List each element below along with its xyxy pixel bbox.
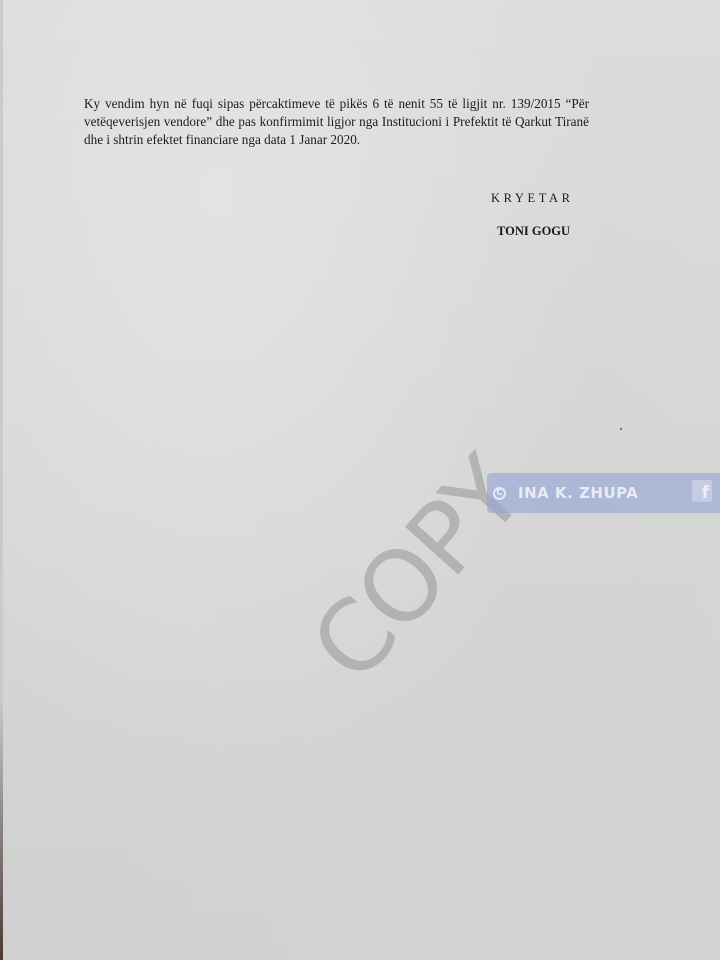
paragraph-line-3: dhe i shtrin efektet financiare nga data… [84, 131, 589, 149]
facebook-icon[interactable]: f [692, 480, 712, 502]
signatory-name: TONI GOGU [497, 224, 570, 239]
page-edge-shadow [0, 700, 3, 960]
decision-paragraph: Ky vendim hyn në fuqi sipas përcaktimeve… [84, 95, 589, 149]
credit-banner: C INA K. ZHUPA f [487, 473, 720, 513]
paragraph-line-1: Ky vendim hyn në fuqi sipas përcaktimeve… [84, 95, 589, 113]
paper-speck [620, 428, 622, 430]
signatory-title: KRYETAR [491, 191, 574, 206]
copyright-icon: C [493, 487, 506, 500]
credit-name: INA K. ZHUPA [518, 484, 638, 502]
paragraph-line-2: vetëqeverisjen vendore” dhe pas konfirmi… [84, 113, 589, 131]
